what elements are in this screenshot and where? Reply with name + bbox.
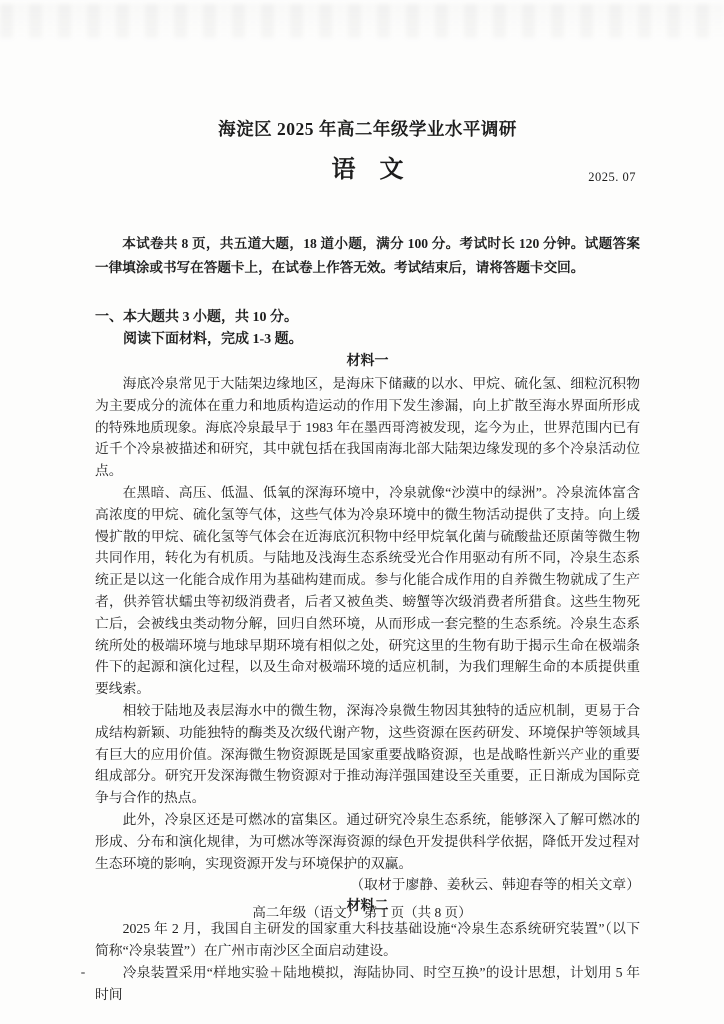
material-one-attribution: （取材于廖静、姜秋云、韩迎春等的相关文章）	[95, 874, 640, 896]
material-two-paragraph-2-wrap: 冷泉装置采用“样地实验＋陆地模拟，海陆协同、时空互换”的设计思想，计划用 5 年…	[95, 962, 640, 1006]
material-one-paragraph-4: 此外，冷泉区还是可燃冰的富集区。通过研究冷泉生态系统，能够深入了解可燃冰的形成、…	[95, 809, 640, 874]
subject-title: 语 文	[95, 148, 640, 192]
exam-date: 2025. 07	[588, 170, 636, 185]
material-one-heading: 材料一	[95, 351, 640, 373]
subject-row: 语 文 2025. 07	[95, 148, 640, 192]
scan-artifact-band	[0, 4, 724, 38]
section-one: 一、本大题共 3 小题，共 10 分。 阅读下面材料，完成 1-3 题。 材料一…	[95, 307, 640, 1006]
exam-header: 海淀区 2025 年高二年级学业水平调研 语 文 2025. 07	[95, 116, 640, 192]
section-one-heading: 一、本大题共 3 小题，共 10 分。	[95, 307, 640, 329]
exam-title: 海淀区 2025 年高二年级学业水平调研	[95, 116, 640, 142]
exam-instructions: 本试卷共 8 页，共五道大题，18 道小题，满分 100 分。考试时长 120 …	[95, 232, 640, 280]
material-one-paragraph-1: 海底冷泉常见于大陆架边缘地区，是海床下储藏的以水、甲烷、硫化氢、细粒沉积物为主要…	[95, 373, 640, 482]
material-one-paragraph-3: 相较于陆地及表层海水中的微生物，深海冷泉微生物因其独特的适应机制，更易于合成结构…	[95, 700, 640, 809]
scan-artifact-mark	[81, 972, 85, 974]
material-one-paragraph-2: 在黑暗、高压、低温、低氧的深海环境中，冷泉就像“沙漠中的绿洲”。冷泉流体富含高浓…	[95, 482, 640, 700]
exam-paper-page: 海淀区 2025 年高二年级学业水平调研 语 文 2025. 07 本试卷共 8…	[0, 0, 724, 1024]
section-one-subheading: 阅读下面材料，完成 1-3 题。	[95, 329, 640, 351]
page-footer: 高二年级（语文） 第 1 页（共 8 页）	[0, 902, 724, 924]
material-two-paragraph-1: 2025 年 2 月，我国自主研发的国家重大科技基础设施“冷泉生态系统研究装置”…	[95, 918, 640, 962]
material-two-paragraph-2: 冷泉装置采用“样地实验＋陆地模拟，海陆协同、时空互换”的设计思想，计划用 5 年…	[95, 962, 640, 1006]
